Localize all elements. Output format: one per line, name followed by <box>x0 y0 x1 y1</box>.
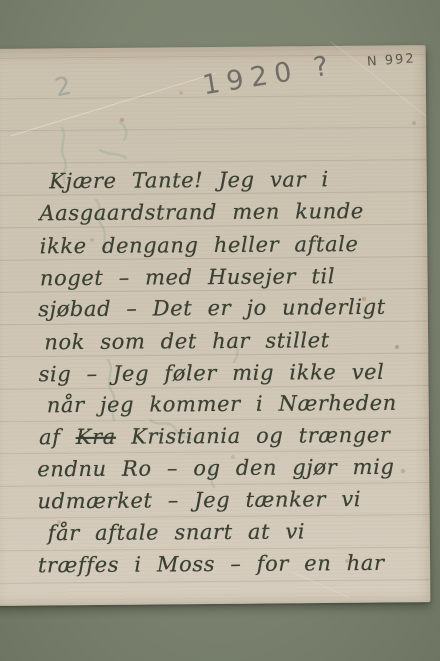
letter-paper <box>0 45 430 606</box>
handwriting-block: Kjære Tante! Jeg var i Aasgaardstrand me… <box>0 0 440 2</box>
letter-scan: 1920 ? N 992 2 Kjære Tante! Jeg var i Aa… <box>0 0 440 661</box>
foxing-spots <box>0 0 2 2</box>
